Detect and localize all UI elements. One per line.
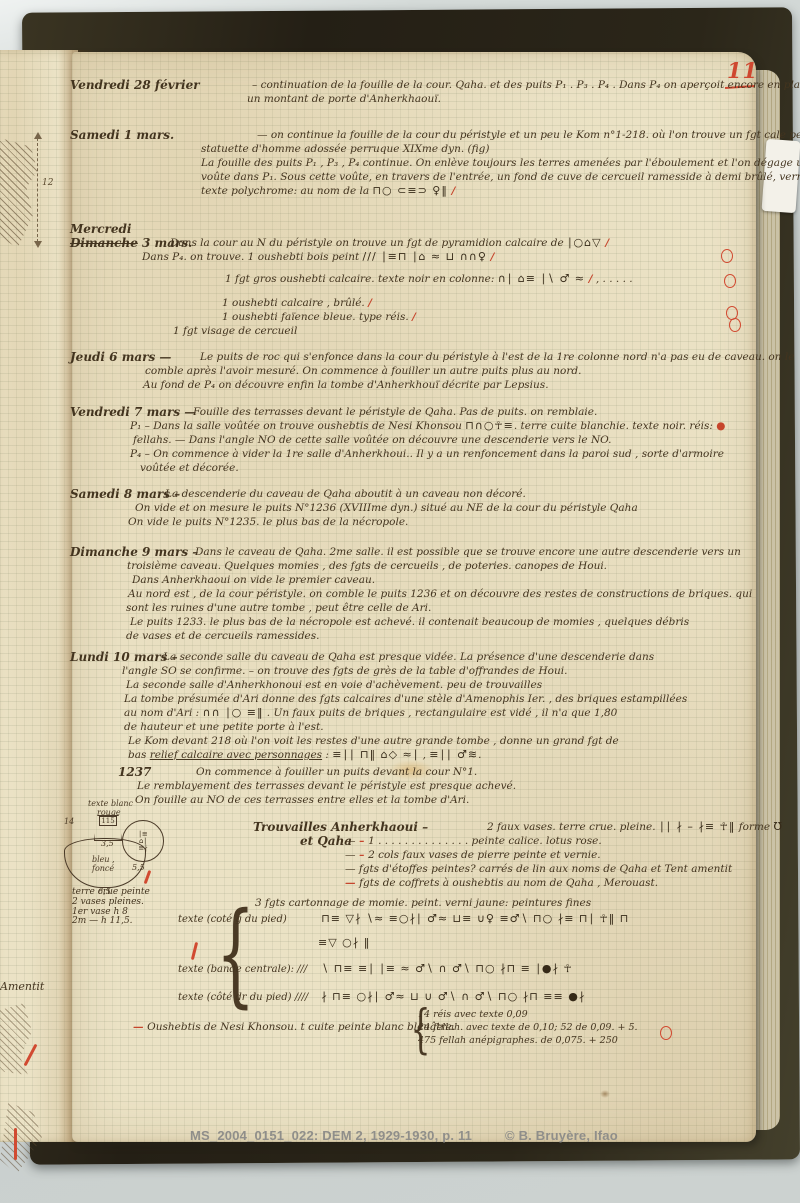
handwriting-text: Au fond de P₄ on découvre enfin la tombe… xyxy=(143,379,549,391)
entry-line: On vide et on mesure le puits N°1236 (XV… xyxy=(60,501,760,515)
entry-date: Samedi 1 mars. xyxy=(70,128,174,142)
cartonnage-row: texte (bande centrale): /// ∖ ⊓≡ ≡∣ ∣≡ ≈… xyxy=(178,962,573,975)
handwriting-text: On vide le puits N°1235. le plus bas de … xyxy=(128,516,408,528)
entry-line: On vide le puits N°1235. le plus bas de … xyxy=(60,515,760,529)
vase-note-label: texte blanc rouge xyxy=(88,800,133,817)
handwriting-text: fgts de coffrets à oushebtis au nom de Q… xyxy=(359,877,658,889)
handwriting-text: Samedi 8 mars – xyxy=(70,487,180,501)
handwriting-text: La descenderie du caveau de Qaha aboutit… xyxy=(165,488,526,500)
handwriting-text: 1 fgt gros oushebti calcaire. texte noir… xyxy=(225,273,498,285)
entry-line: 1 fgt gros oushebti calcaire. texte noir… xyxy=(60,272,760,286)
journal-entry: Trouvailles Anherkhaoui –et Qaha2 faux v… xyxy=(60,820,760,890)
hieroglyph-circle-sketch: ∣≡ ⌂∣ ≡∤ xyxy=(122,820,164,862)
handwriting-text: comble après l'avoir mesuré. On commence… xyxy=(145,365,581,377)
entry-line: sont les ruines d'une autre tombe , peut… xyxy=(60,601,760,615)
entry-line: Le Kom devant 218 où l'on voit les reste… xyxy=(60,734,760,748)
entry-line: Dans P₄. on trouve. 1 oushebti bois pein… xyxy=(60,250,760,264)
handwriting-text: — xyxy=(345,849,356,861)
handwriting-text: — fgts d'étoffes peintes? carrés de lin … xyxy=(345,863,732,875)
red-ink-mark: / xyxy=(448,185,456,197)
handwriting-text: . Un faux puits de briques , rectangulai… xyxy=(263,707,617,719)
handwriting-text: : xyxy=(322,749,332,761)
entry-line: — fgts de coffrets à oushebtis au nom de… xyxy=(60,876,760,890)
handwriting-text: Oushebtis de Nesi Khonsou. t cuite peint… xyxy=(147,1021,455,1033)
handwriting-text: Samedi 1 mars. xyxy=(70,128,174,142)
handwriting-text: un montant de porte d'Anherkhaouï. xyxy=(247,93,441,105)
vase-color-label: bleu , foncé xyxy=(92,856,115,873)
entry-line: de vases et de cercueils ramessides. xyxy=(60,629,760,643)
handwriting-text: Dans le caveau de Qaha. 2me salle. il es… xyxy=(195,546,741,558)
journal-entry: Jeudi 6 mars —Le puits de roc qui s'enfo… xyxy=(60,350,760,392)
entry-line: — fgts d'étoffes peintes? carrés de lin … xyxy=(60,862,760,876)
red-ink-mark: / xyxy=(487,251,495,263)
entry-date: MercrediDimanche 3 mars. xyxy=(70,222,192,250)
entry-line: bas relief calcaire avec personnages : ≡… xyxy=(60,748,760,762)
red-ink-mark: / xyxy=(412,311,416,323)
red-ink-mark: ● xyxy=(716,420,725,432)
entry-line: P₁ – Dans la salle voûtée on trouve oush… xyxy=(60,419,760,433)
handwriting-text: troisième caveau. Quelques momies , des … xyxy=(127,560,607,572)
handwriting-text: voûtée et décorée. xyxy=(140,462,239,474)
handwriting-text: 3 mars. xyxy=(138,236,192,250)
entry-line: 1 fgt visage de cercueil xyxy=(60,324,760,338)
cartonnage-row: texte (coté g du pied) ⊓≡ ▽∤ ∖≈ ≡○∤∣ ♂≈ … xyxy=(178,912,629,925)
journal-entry: MercrediDimanche 3 mars.Dans la cour au … xyxy=(60,222,760,338)
handwriting-text: bas xyxy=(128,749,150,761)
entry-line: de hauteur et une petite porte à l'est. xyxy=(60,720,760,734)
handwriting-text: de hauteur et une petite porte à l'est. xyxy=(124,721,324,733)
handwriting-text: Le Kom devant 218 où l'on voit les reste… xyxy=(128,735,619,747)
handwriting-text: 1 fgt visage de cercueil xyxy=(173,325,297,337)
entry-line: La fouille des puits P₁ , P₃ , P₄ contin… xyxy=(60,156,760,170)
margin-sketch xyxy=(0,1003,40,1075)
entry-date: Lundi 10 mars – xyxy=(70,650,178,664)
handwriting-text: 2 faux vases. terre crue. pleine. xyxy=(487,821,659,833)
hieroglyph-sequence: ∤ ⊓≡ ○∤∣ ♂≈ ⊔ ∪ ♂∖ ∩ ♂∖ ⊓○ ∤⊓ ≡≡ ●∤ xyxy=(321,990,585,1003)
entry-line: — – 2 cols faux vases de pierre peinte e… xyxy=(60,848,760,862)
oushebti-counts: 14 réis avec texte 0,09 24 fellah. avec … xyxy=(418,1008,638,1047)
entry-line: Le puits 1233. le plus bas de la nécropo… xyxy=(60,615,760,629)
handwriting-text: voûte dans P₁. Sous cette voûte, en trav… xyxy=(201,171,800,183)
red-pencil-mark xyxy=(24,1044,38,1067)
handwriting-text: Dimanche 9 mars – xyxy=(70,545,198,559)
cartonnage-header: 3 fgts cartonnage de momie. peint. verni… xyxy=(255,897,591,909)
handwriting-text: Vendredi 28 février xyxy=(70,78,200,92)
handwriting-text: Fouille des terrasses devant le péristyl… xyxy=(193,406,597,418)
hieroglyph-sequence: ≡∣∣ ⊓‖ ⌂◇ ≈∣ xyxy=(332,748,419,761)
handwriting-text: 1237 xyxy=(118,765,151,779)
handwriting-text: forme xyxy=(735,821,773,833)
hieroglyph-sequence: ∩∣ ⌂≡ ∣∖ ♂ ≈ xyxy=(498,272,585,285)
red-pencil-mark xyxy=(14,1128,17,1160)
handwriting-text: Dimanche xyxy=(70,236,138,250)
handwriting-text: La tombe présumée d'Ari donne des fgts c… xyxy=(124,693,687,705)
handwriting-text: On vide et on mesure le puits N°1236 (XV… xyxy=(135,502,638,514)
hieroglyph-sequence: ∣∣ ∤ – ∤≡ ☥‖ xyxy=(659,820,735,833)
entry-line: Dans Anherkhaoui on vide le premier cave… xyxy=(60,573,760,587)
dimension-arrow xyxy=(37,138,38,242)
cartonnage-row: texte (côté dr du pied) //// ∤ ⊓≡ ○∤∣ ♂≈… xyxy=(178,990,585,1003)
handwriting-text: texte polychrome: au nom de la xyxy=(201,185,372,197)
entries-layer: Vendredi 28 février– continuation de la … xyxy=(60,58,776,1138)
hieroglyph-sequence: ⊓≡ ▽∤ ∖≈ ≡○∤∣ ♂≈ ⊔≡ ∪♀ ≡♂∖ ⊓○ ∤≡ ⊓∣ ☥‖ ⊓ xyxy=(321,912,629,925)
red-ink-mark: — xyxy=(345,877,359,889)
entry-line: On commence à fouiller un puits devant l… xyxy=(60,765,760,779)
entry-line: Le remblayement des terrasses devant le … xyxy=(60,779,760,793)
hieroglyph-sequence: Ʊ xyxy=(773,820,782,833)
journal-entry: Vendredi 28 février– continuation de la … xyxy=(60,78,760,106)
entry-date: Trouvailles Anherkhaoui –et Qaha xyxy=(253,820,428,848)
handwriting-text: au nom d'Ari : xyxy=(124,707,203,719)
entry-line: P₄ – On commence à vider la 1re salle d'… xyxy=(60,447,760,461)
handwriting-text: Dans P₄. on trouve. 1 oushebti bois pein… xyxy=(142,251,363,263)
entry-line: statuette d'homme adossée perruque XIXme… xyxy=(60,142,760,156)
entry-date: Vendredi 7 mars — xyxy=(70,405,196,419)
handwriting-text: , xyxy=(419,749,429,761)
hieroglyph-sequence: ∖ ⊓≡ ≡∣ ∣≡ ≈ ♂∖ ∩ ♂∖ ⊓○ ∤⊓ ≡ ∣●∤ ☥ xyxy=(321,962,572,975)
entry-line: Au nord est , de la cour péristyle. on c… xyxy=(60,587,760,601)
handwriting-text: Lundi 10 mars – xyxy=(70,650,178,664)
hieroglyph-sequence: ∣○⌂▽ xyxy=(567,236,602,249)
handwriting-text: , . . . . . xyxy=(593,273,633,285)
caption-id: MS_2004_0151_022: DEM 2, 1929-1930, p. 1… xyxy=(190,1128,472,1143)
handwriting-text: relief calcaire avec personnages xyxy=(150,749,322,761)
journal-entry: Dimanche 9 mars –Dans le caveau de Qaha.… xyxy=(60,545,760,643)
handwriting-text: sont les ruines d'une autre tombe , peut… xyxy=(126,602,431,614)
handwriting-text: 2 cols faux vases de pierre peinte et ve… xyxy=(368,849,601,861)
margin-word-amentit: Amentit xyxy=(0,980,44,993)
handwriting-text: Le remblayement des terrasses devant le … xyxy=(137,780,516,792)
handwriting-text: 1 oushebti calcaire , brûlé. xyxy=(222,297,368,309)
handwriting-text: 1 oushebti faïence bleue. type réis. xyxy=(222,311,412,323)
hieroglyph-sequence: ≡∣∣ ♂≋ xyxy=(429,748,478,761)
journal-entry: Samedi 1 mars.— on continue la fouille d… xyxy=(60,128,760,198)
journal-entry: Lundi 10 mars –La seconde salle du cavea… xyxy=(60,650,760,762)
manuscript-scan: 12 Amentit 11 Vendredi 28 février– conti… xyxy=(0,0,800,1203)
handwriting-text: La seconde salle d'Anherkhonoui est en v… xyxy=(126,679,542,691)
entry-line: troisième caveau. Quelques momies , des … xyxy=(60,559,760,573)
handwriting-text: La seconde salle du caveau de Qaha est p… xyxy=(163,651,654,663)
handwriting-text: Le puits de roc qui s'enfonce dans la co… xyxy=(200,351,794,363)
hieroglyph-sequence: /// ∣≡⊓ ∣⌂ ≈ ⊔ ∩∩♀ xyxy=(363,250,487,263)
entry-line: La seconde salle d'Anherkhonoui est en v… xyxy=(60,678,760,692)
handwriting-text: On fouille au NO de ces terrasses entre … xyxy=(135,794,469,806)
handwriting-text: P₄ – On commence à vider la 1re salle d'… xyxy=(130,448,724,460)
handwriting-text: La fouille des puits P₁ , P₃ , P₄ contin… xyxy=(201,157,800,169)
entry-line: 1 oushebti calcaire , brûlé. / xyxy=(60,296,760,310)
handwriting-text: – continuation de la fouille de la cour.… xyxy=(252,79,800,91)
entry-line: 1 oushebti faïence bleue. type réis. / xyxy=(60,310,760,324)
entry-date: Vendredi 28 février xyxy=(70,78,200,92)
handwriting-text: Dans la cour au N du péristyle on trouve… xyxy=(170,237,567,249)
entry-date: Dimanche 9 mars – xyxy=(70,545,198,559)
red-ink-mark: – xyxy=(356,849,369,861)
handwriting-text: . terre cuite blanchie. texte noir. réis… xyxy=(514,420,716,432)
handwriting-text: statuette d'homme adossée perruque XIXme… xyxy=(201,143,489,155)
handwriting-text: Trouvailles Anherkhaoui – xyxy=(253,820,428,834)
entry-date: Jeudi 6 mars — xyxy=(70,350,171,364)
handwriting-text: Au nord est , de la cour péristyle. on c… xyxy=(128,588,752,600)
entry-date: Samedi 8 mars – xyxy=(70,487,180,501)
entry-line: comble après l'avoir mesuré. On commence… xyxy=(60,364,760,378)
journal-entry: Samedi 8 mars –La descenderie du caveau … xyxy=(60,487,760,529)
entry-line: La tombe présumée d'Ari donne des fgts c… xyxy=(60,692,760,706)
entry-line: texte polychrome: au nom de la ⊓○ ⊂≡⊃ ♀‖… xyxy=(60,184,760,198)
handwriting-text: et Qaha xyxy=(300,834,352,848)
entry-line: l'angle SO se confirme. – on trouve des … xyxy=(60,664,760,678)
red-ink-mark: / xyxy=(602,237,610,249)
entry-line: au nom d'Ari : ∩∩ ∣○ ≡‖ . Un faux puits … xyxy=(60,706,760,720)
handwriting-text: Mercredi xyxy=(70,222,131,236)
journal-entry: 1237On commence à fouiller un puits deva… xyxy=(60,765,760,807)
handwriting-text: Le puits 1233. le plus bas de la nécropo… xyxy=(130,616,689,628)
entry-date: 1237 xyxy=(118,765,151,779)
handwriting-text: — on continue la fouille de la cour du p… xyxy=(257,129,800,141)
red-ink-mark: — xyxy=(133,1021,147,1033)
red-ink-mark: / xyxy=(368,297,372,309)
hieroglyph-sequence: ∩∩ ∣○ ≡‖ xyxy=(203,706,264,719)
handwriting-text: Jeudi 6 mars — xyxy=(70,350,171,364)
handwriting-text: Dans Anherkhaoui on vide le premier cave… xyxy=(132,574,375,586)
entry-line: un montant de porte d'Anherkhaouï. xyxy=(60,92,760,106)
circle-dim-55: 5,5 xyxy=(132,864,145,873)
handwriting-text: fellahs. — Dans l'angle NO de cette sall… xyxy=(133,434,611,446)
dimension-label: 12 xyxy=(42,178,53,188)
journal-entry: Vendredi 7 mars —Fouille des terrasses d… xyxy=(60,405,760,475)
red-ink-mark: / xyxy=(585,273,593,285)
handwriting-text: . xyxy=(478,749,481,761)
vase-dim-14: 14 xyxy=(64,818,74,827)
entry-line: voûtée et décorée. xyxy=(60,461,760,475)
entry-line: Au fond de P₄ on découvre enfin la tombe… xyxy=(60,378,760,392)
handwriting-text: de vases et de cercueils ramessides. xyxy=(126,630,320,642)
handwriting-text: l'angle SO se confirme. – on trouve des … xyxy=(122,665,567,677)
hieroglyph-sequence: ⊓∩○☥≡ xyxy=(465,419,514,432)
entry-line: voûte dans P₁. Sous cette voûte, en trav… xyxy=(60,170,760,184)
hieroglyph-sequence: ⊓○ ⊂≡⊃ ♀‖ xyxy=(372,184,447,197)
entry-line: On fouille au NO de ces terrasses entre … xyxy=(60,793,760,807)
handwriting-text: On commence à fouiller un puits devant l… xyxy=(196,766,477,778)
handwriting-text: Vendredi 7 mars — xyxy=(70,405,196,419)
hieroglyph-sequence: ≡▽ ○∤ ‖ xyxy=(318,936,370,949)
caption-credit: © B. Bruyère, Ifao xyxy=(505,1128,618,1143)
vase-margin-notes: terre crue peinte 2 vases pleines. 1er v… xyxy=(72,888,150,927)
entry-line: fellahs. — Dans l'angle NO de cette sall… xyxy=(60,433,760,447)
handwriting-text: P₁ – Dans la salle voûtée on trouve oush… xyxy=(130,420,465,432)
